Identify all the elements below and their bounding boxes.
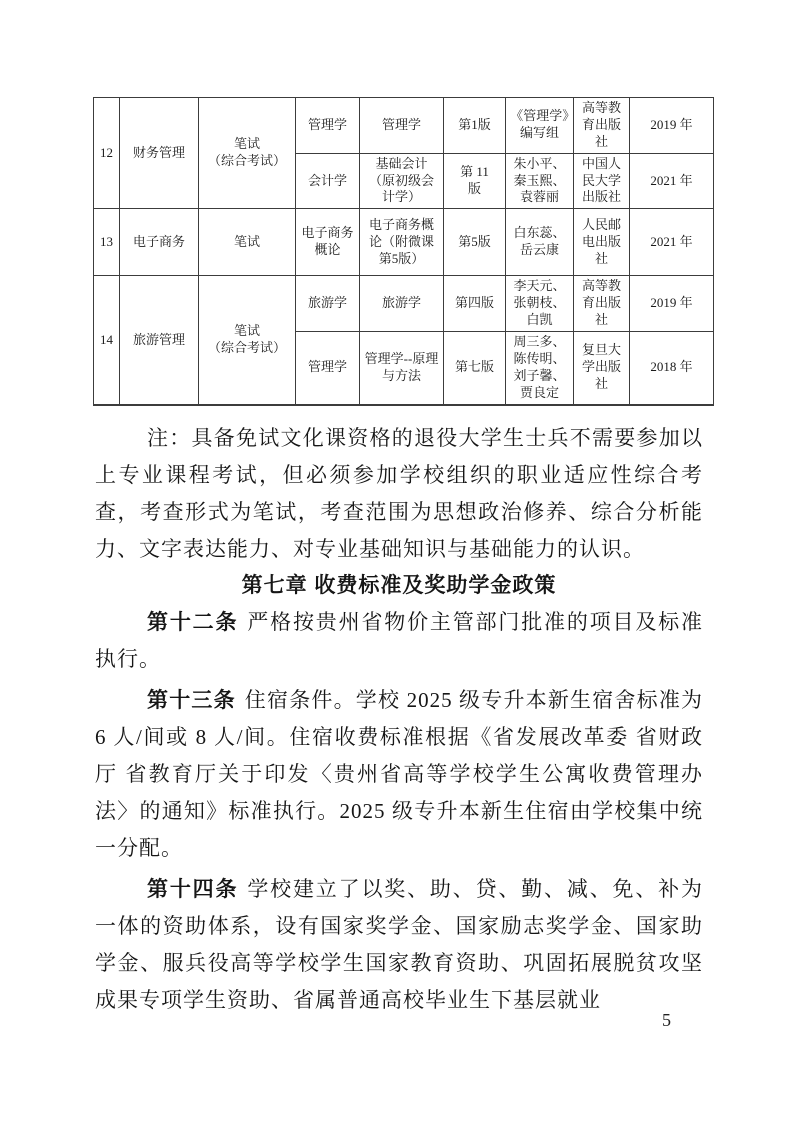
- page-number: 5: [662, 1010, 671, 1031]
- cell-authors: 周三多、陈传明、刘子馨、贾良定: [506, 332, 574, 405]
- cell-authors: 朱小平、秦玉熙、袁蓉丽: [506, 153, 574, 209]
- cell-edition: 第1版: [444, 98, 506, 154]
- cell-year: 2019 年: [630, 276, 714, 332]
- cell-exam-type: 笔试 （综合考试）: [199, 98, 296, 209]
- cell-publisher: 高等教育出版社: [574, 98, 630, 154]
- cell-subject: 电子商务概论: [296, 209, 360, 276]
- cell-edition: 第四版: [444, 276, 506, 332]
- article-12: 第十二条严格按贵州省物价主管部门批准的项目及标准执行。: [95, 604, 703, 678]
- cell-edition: 第七版: [444, 332, 506, 405]
- article-13-label: 第十三条: [147, 689, 236, 712]
- cell-subject: 管理学: [296, 98, 360, 154]
- cell-authors: 《管理学》编写组: [506, 98, 574, 154]
- cell-number: 14: [94, 276, 120, 405]
- article-13-text: 住宿条件。学校 2025 级专升本新生宿舍标准为 6 人/间或 8 人/间。住宿…: [95, 688, 703, 860]
- cell-exam-type: 笔试 （综合考试）: [199, 276, 296, 405]
- cell-authors: 李天元、张朝枝、白凯: [506, 276, 574, 332]
- table-row: 14 旅游管理 笔试 （综合考试） 旅游学 旅游学 第四版 李天元、张朝枝、白凯…: [94, 276, 714, 332]
- cell-year: 2019 年: [630, 98, 714, 154]
- cell-major: 旅游管理: [120, 276, 199, 405]
- cell-subject: 旅游学: [296, 276, 360, 332]
- cell-textbook: 旅游学: [360, 276, 444, 332]
- cell-textbook: 管理学--原理与方法: [360, 332, 444, 405]
- cell-textbook: 管理学: [360, 98, 444, 154]
- article-13: 第十三条住宿条件。学校 2025 级专升本新生宿舍标准为 6 人/间或 8 人/…: [95, 682, 703, 867]
- cell-publisher: 人民邮电出版社: [574, 209, 630, 276]
- article-14: 第十四条学校建立了以奖、助、贷、勤、减、免、补为一体的资助体系，设有国家奖学金、…: [95, 871, 703, 1019]
- article-14-label: 第十四条: [147, 878, 238, 901]
- cell-subject: 管理学: [296, 332, 360, 405]
- cell-major: 财务管理: [120, 98, 199, 209]
- document-page: 12 财务管理 笔试 （综合考试） 管理学 管理学 第1版 《管理学》编写组 高…: [0, 0, 792, 1122]
- table-row: 12 财务管理 笔试 （综合考试） 管理学 管理学 第1版 《管理学》编写组 高…: [94, 98, 714, 154]
- cell-publisher: 中国人民大学出版社: [574, 153, 630, 209]
- article-12-label: 第十二条: [147, 611, 238, 634]
- cell-subject: 会计学: [296, 153, 360, 209]
- note-paragraph: 注：具备免试文化课资格的退役大学生士兵不需要参加以上专业课程考试，但必须参加学校…: [95, 420, 703, 568]
- chapter-heading: 第七章 收费标准及奖助学金政策: [95, 572, 703, 600]
- cell-year: 2018 年: [630, 332, 714, 405]
- cell-year: 2021 年: [630, 153, 714, 209]
- table-row: 13 电子商务 笔试 电子商务概论 电子商务概论（附微课第5版） 第5版 白东蕊…: [94, 209, 714, 276]
- cell-exam-type: 笔试: [199, 209, 296, 276]
- body-text: 注：具备免试文化课资格的退役大学生士兵不需要参加以上专业课程考试，但必须参加学校…: [95, 420, 703, 1019]
- cell-major: 电子商务: [120, 209, 199, 276]
- cell-edition: 第5版: [444, 209, 506, 276]
- cell-textbook: 基础会计（原初级会计学）: [360, 153, 444, 209]
- cell-textbook: 电子商务概论（附微课第5版）: [360, 209, 444, 276]
- exam-courses-table: 12 财务管理 笔试 （综合考试） 管理学 管理学 第1版 《管理学》编写组 高…: [93, 97, 714, 406]
- cell-number: 13: [94, 209, 120, 276]
- cell-publisher: 高等教育出版社: [574, 276, 630, 332]
- cell-number: 12: [94, 98, 120, 209]
- cell-year: 2021 年: [630, 209, 714, 276]
- cell-publisher: 复旦大学出版社: [574, 332, 630, 405]
- cell-edition: 第 11 版: [444, 153, 506, 209]
- cell-authors: 白东蕊、岳云康: [506, 209, 574, 276]
